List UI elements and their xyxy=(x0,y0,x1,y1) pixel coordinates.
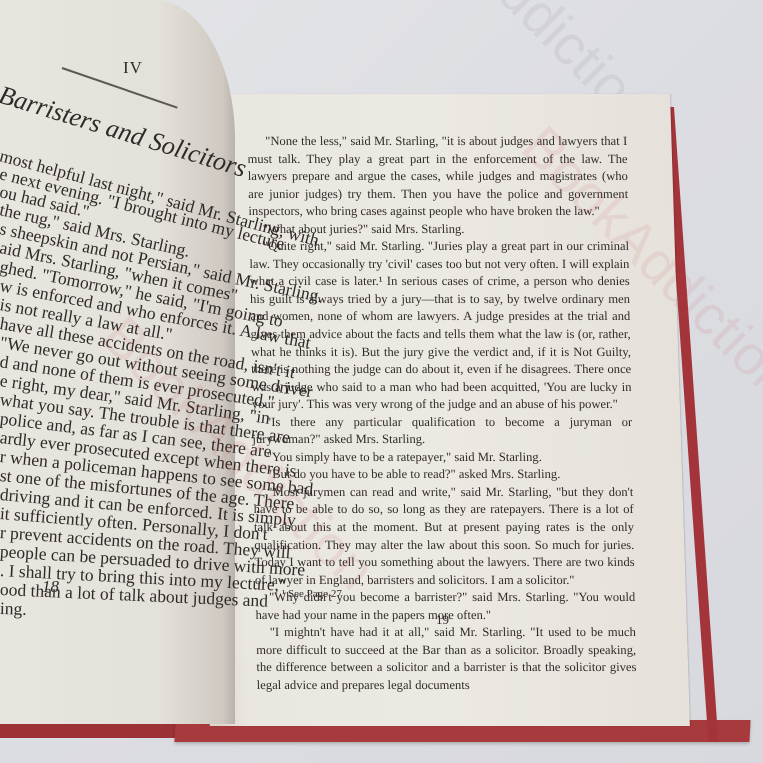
paragraph: "None the less," said Mr. Starling, "it … xyxy=(247,133,629,221)
paragraph: "Is there any particular qualification t… xyxy=(252,414,633,449)
page-number-left: 18 xyxy=(42,577,59,597)
text-line: ing. xyxy=(0,598,27,620)
page-number-right: 19 xyxy=(436,612,449,628)
book-photo: BookAddiction "None the less," said Mr. … xyxy=(0,0,763,763)
footnote: ¹ See Page 27 xyxy=(282,588,342,600)
paragraph: "You simply have to be a ratepayer," sai… xyxy=(253,449,633,467)
paragraph: "I mightn't have had it at all," said Mr… xyxy=(256,624,637,694)
right-page-text: "None the less," said Mr. Starling, "it … xyxy=(247,133,637,695)
book-cover-bottom-left xyxy=(0,722,200,738)
chapter-number: IV xyxy=(123,58,143,78)
